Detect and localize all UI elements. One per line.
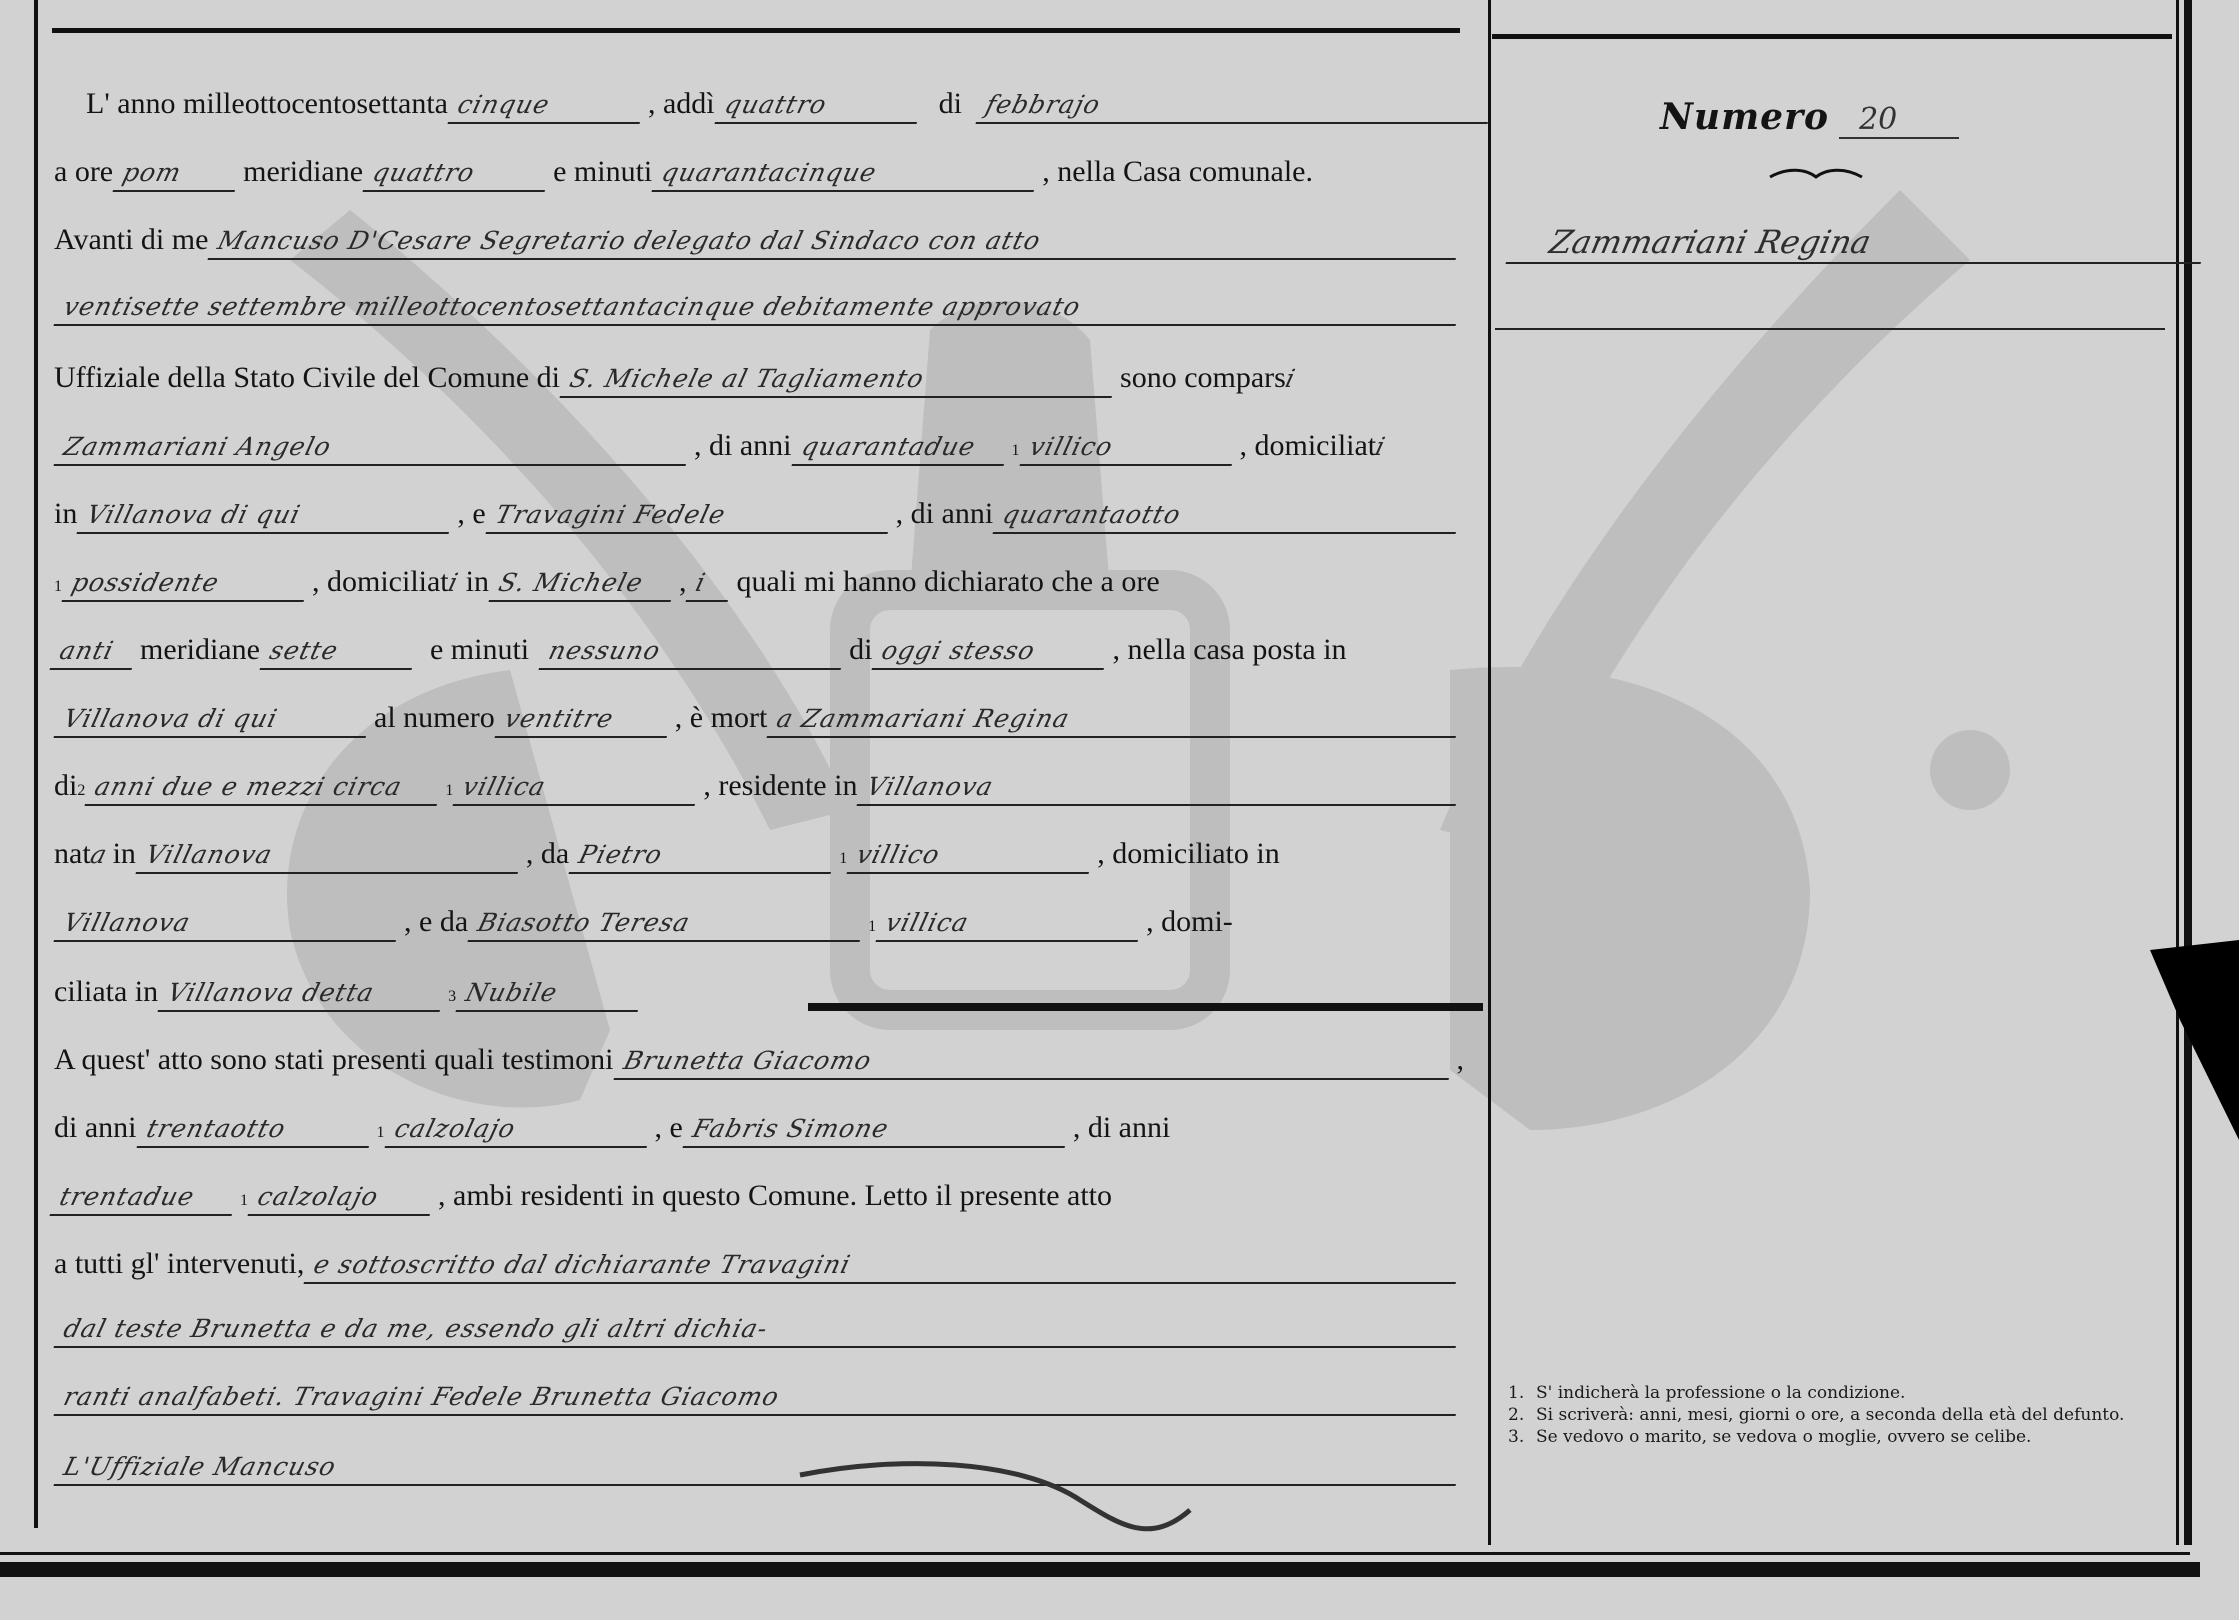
printed-text: , domiciliat <box>1240 426 1377 466</box>
handwritten-year: cinque <box>447 88 648 124</box>
printed-text: in <box>113 834 136 874</box>
handwritten-witness1-profession: calzolajo <box>384 1112 655 1148</box>
footnote-number: 1. <box>1508 1382 1536 1404</box>
handwritten-father-domicile: Villanova <box>54 906 405 942</box>
printed-text: di <box>939 84 962 124</box>
handwritten-witness2-age: trentadue <box>50 1180 241 1216</box>
text-line-death-time: anti meridiane sette e minuti nessuno di… <box>54 630 1464 670</box>
footnotes: 1. S' indicherà la professione o la cond… <box>1508 1382 2158 1448</box>
printed-text: , è mort <box>675 698 767 738</box>
handwritten-day: quattro <box>714 88 925 124</box>
footnote-mark: 1 <box>1012 431 1020 471</box>
printed-text: Avanti di me <box>54 220 208 260</box>
handwritten-declarant2-name: Travagini Fedele <box>485 498 896 534</box>
handwritten-signatures: ranti analfabeti. Travagini Fedele Brune… <box>54 1380 1465 1416</box>
handwritten-witness2-name: Fabris Simone <box>682 1112 1073 1148</box>
text-line-signing: dal teste Brunetta e da me, essendo gli … <box>54 1312 1464 1348</box>
handwritten-declarant1-domicile: Villanova di qui <box>77 498 458 534</box>
printed-text: nat <box>54 834 91 874</box>
printed-text: al numero <box>374 698 495 738</box>
printed-text: di <box>849 630 872 670</box>
handwritten-minutes: quarantacinque <box>652 156 1043 192</box>
handwritten-comune: S. Michele al Tagliamento <box>560 362 1121 398</box>
handwritten-declarant2-domicile: S. Michele <box>488 566 679 602</box>
top-rule-right <box>1492 34 2172 39</box>
page-tab-marker-icon <box>2150 940 2239 1140</box>
footnote-item: 3. Se vedovo o marito, se vedova o mogli… <box>1508 1426 2158 1448</box>
printed-text: , nella casa posta in <box>1112 630 1346 670</box>
printed-text: meridiane <box>140 630 260 670</box>
handwritten-mother-profession: villica <box>876 906 1147 942</box>
footnote-text: S' indicherà la professione o la condizi… <box>1536 1382 1905 1404</box>
text-line-deceased: Villanova di qui al numero ventitre , è … <box>54 698 1464 738</box>
handwritten-declarant1-age: quarantadue <box>791 430 1012 466</box>
footnote-number: 3. <box>1508 1426 1536 1448</box>
text-line-deceased-age: di 2 anni due e mezzi circa 1 villica , … <box>54 766 1464 811</box>
printed-text: a tutti gl' intervenuti, <box>54 1244 304 1284</box>
printed-text: , addì <box>648 84 715 124</box>
printed-text: di <box>54 766 77 806</box>
top-rule-left <box>52 28 1460 33</box>
printed-text: a ore <box>54 152 113 192</box>
document-page: L' anno milleottocentosettanta cinque , … <box>0 0 2239 1620</box>
entry-number-value: 20 <box>1839 102 1959 139</box>
handwritten-witness2-profession: calzolajo <box>248 1180 439 1216</box>
printed-text: , ambi residenti in questo Comune. Letto… <box>438 1176 1112 1216</box>
handwritten-signing-note: e sottoscritto dal dichiarante Travagini <box>304 1248 1465 1284</box>
handwritten-mother-name: Biasotto Teresa <box>468 906 869 942</box>
printed-text: , nella Casa comunale. <box>1042 152 1313 192</box>
left-border <box>34 0 38 1528</box>
text-line-witness-details: di anni trentaotto 1 calzolajo , e Fabri… <box>54 1108 1464 1153</box>
handwritten-father-name: Pietro <box>569 838 840 874</box>
text-line-birthplace: nat a in Villanova , da Pietro 1 villico… <box>54 834 1464 879</box>
printed-text: , <box>1457 1040 1465 1080</box>
handwritten-death-minutes: nessuno <box>539 634 850 670</box>
printed-text: , <box>679 562 687 602</box>
printed-text: meridiane <box>243 152 363 192</box>
printed-text: , e da <box>404 902 468 942</box>
text-line-comune: Uffiziale della Stato Civile del Comune … <box>54 358 1464 398</box>
text-line-declarant2: in Villanova di qui , e Travagini Fedele… <box>54 494 1464 534</box>
text-line-reading: a tutti gl' intervenuti, e sottoscritto … <box>54 1244 1464 1284</box>
text-line-residence: trentadue 1 calzolajo , ambi residenti i… <box>54 1176 1464 1221</box>
printed-text: sono compars <box>1120 358 1286 398</box>
footnote-item: 2. Si scriverà: anni, mesi, giorni o ore… <box>1508 1404 2158 1426</box>
handwritten-deceased-profession: villica <box>453 770 704 806</box>
handwritten-officer-signature: L'Uffiziale Mancuso <box>54 1450 1465 1486</box>
handwritten-declarant2-profession: possidente <box>62 566 313 602</box>
margin-rule <box>1495 328 2165 330</box>
handwritten-witness1-age: trentaotto <box>136 1112 377 1148</box>
bottom-rule-thick <box>0 1562 2200 1577</box>
entry-number: Numero 20 <box>1660 96 1959 139</box>
text-line-delegation: ventisette settembre milleottocentosetta… <box>54 290 1464 326</box>
footnote-mark: 1 <box>377 1113 385 1153</box>
handwritten-residence: Villanova <box>857 770 1465 806</box>
footnote-item: 1. S' indicherà la professione o la cond… <box>1508 1382 2158 1404</box>
handwritten-suffix: i <box>686 566 737 602</box>
printed-text: in <box>466 562 489 602</box>
printed-text: e minuti <box>430 630 529 670</box>
handwritten-birthplace: Villanova <box>135 838 526 874</box>
printed-text: in <box>54 494 77 534</box>
printed-text: A quest' atto sono stati presenti quali … <box>54 1040 614 1080</box>
entry-number-label: Numero <box>1660 96 1829 138</box>
printed-text: Uffiziale della Stato Civile del Comune … <box>54 358 560 398</box>
printed-text: , di anni <box>1073 1108 1171 1148</box>
handwritten-witness1-name: Brunetta Giacomo <box>613 1044 1457 1080</box>
handwritten-deceased-name: a Zammariani Regina <box>767 702 1465 738</box>
handwritten-death-day: oggi stesso <box>872 634 1113 670</box>
handwritten-officer: Mancuso D'Cesare Segretario delegato dal… <box>208 224 1465 260</box>
printed-text: , da <box>526 834 569 874</box>
handwritten-ante-pom: pom <box>113 156 244 192</box>
printed-text: , e <box>457 494 485 534</box>
text-line-signatures: ranti analfabeti. Travagini Fedele Brune… <box>54 1380 1464 1416</box>
text-line-officer-signature: L'Uffiziale Mancuso <box>54 1450 1464 1486</box>
handwritten-death-place: Villanova di qui <box>54 702 375 738</box>
printed-text: di anni <box>54 1108 137 1148</box>
printed-text: L' anno milleottocentosettanta <box>86 84 448 124</box>
text-line-time: a ore pom meridiane quattro e minuti qua… <box>54 152 1464 192</box>
text-line-mother-domicile: ciliata in Villanova detta 3 Nubile <box>54 972 1464 1017</box>
printed-text: , domiciliato in <box>1097 834 1279 874</box>
handwritten-mother-domicile: Villanova detta <box>158 976 449 1012</box>
text-line-date: L' anno milleottocentosettanta cinque , … <box>54 84 1496 124</box>
printed-text: , residente in <box>703 766 857 806</box>
footnote-number: 2. <box>1508 1404 1536 1426</box>
printed-text: , domiciliat <box>312 562 449 602</box>
printed-text: ciliata in <box>54 972 158 1012</box>
handwritten-civil-status: Nubile <box>456 976 647 1012</box>
printed-text: e minuti <box>553 152 652 192</box>
text-line-witnesses: A quest' atto sono stati presenti quali … <box>54 1040 1464 1080</box>
handwritten-hour: quattro <box>363 156 554 192</box>
handwritten-declarant1-profession: villico <box>1019 430 1240 466</box>
text-line-declaration: 1 possidente , domiciliat i in S. Michel… <box>54 562 1464 607</box>
handwritten-declarant2-age: quarantaotto <box>993 498 1465 534</box>
handwritten-ante-pom: anti <box>50 634 141 670</box>
printed-text: , e <box>655 1108 683 1148</box>
printed-text: , di anni <box>694 426 792 466</box>
handwritten-signing-note: dal teste Brunetta e da me, essendo gli … <box>54 1312 1465 1348</box>
handwritten-month: febbrajo <box>975 88 1496 124</box>
handwritten-father-profession: villico <box>847 838 1098 874</box>
handwritten-delegation: ventisette settembre milleottocentosetta… <box>54 290 1465 326</box>
printed-text: , di anni <box>896 494 994 534</box>
footnote-text: Se vedovo o marito, se vedova o moglie, … <box>1536 1426 2031 1448</box>
handwritten-deceased-age: anni due e mezzi circa <box>85 770 446 806</box>
handwritten-declarant1-name: Zammariani Angelo <box>54 430 695 466</box>
text-line-officer: Avanti di me Mancuso D'Cesare Segretario… <box>54 220 1464 260</box>
text-line-mother: Villanova , e da Biasotto Teresa 1 villi… <box>54 902 1464 947</box>
printed-text: quali mi hanno dichiarato che a ore <box>736 562 1159 602</box>
footnote-text: Si scriverà: anni, mesi, giorni o ore, a… <box>1536 1404 2124 1426</box>
text-line-declarant1: Zammariani Angelo , di anni quarantadue … <box>54 426 1464 471</box>
margin-deceased-name: Zammariani Regina <box>1506 222 2210 264</box>
bottom-rule-thin <box>0 1552 2190 1555</box>
handwritten-death-hour: sette <box>259 634 420 670</box>
ornament-flourish-icon <box>1768 165 1864 185</box>
column-divider <box>1488 0 1491 1545</box>
printed-text: , domi- <box>1146 902 1233 942</box>
handwritten-house-number: ventitre <box>494 702 675 738</box>
